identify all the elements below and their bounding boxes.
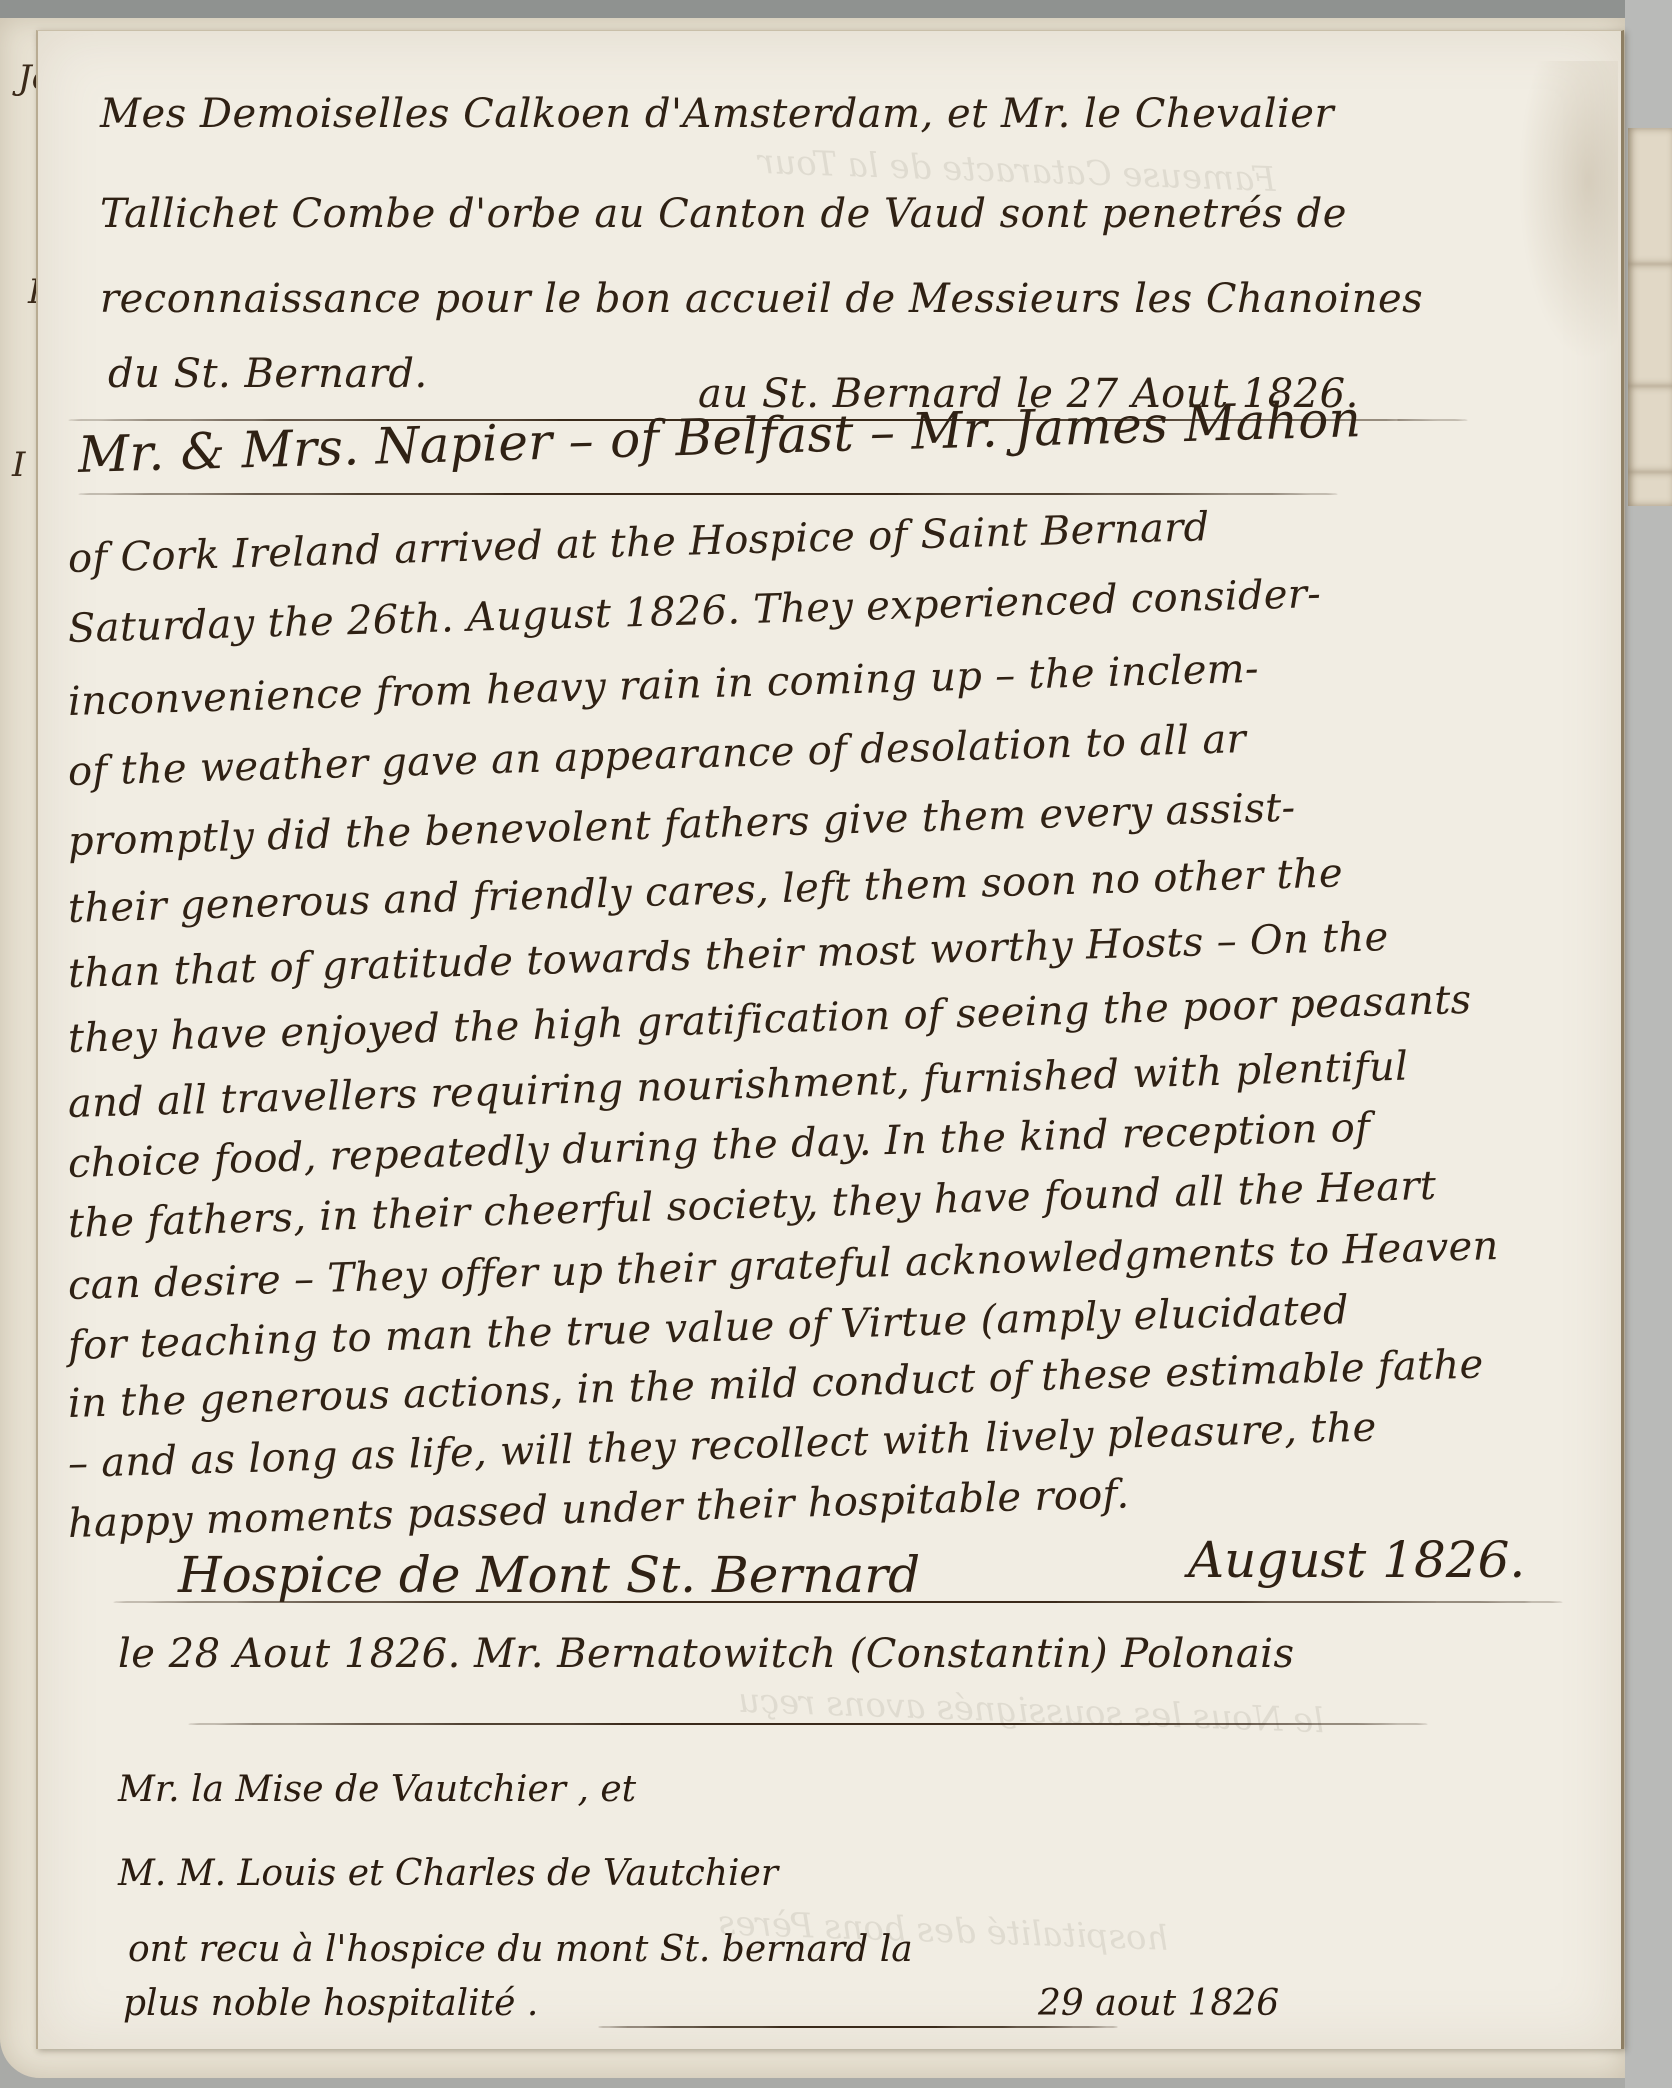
text-line: Tallichet Combe d'orbe au Canton de Vaud…: [100, 191, 1347, 237]
bleed-through-text: le Nous les soussignés avons reçu: [737, 1681, 1325, 1741]
text-line: du St. Bernard.: [108, 351, 428, 397]
text-line: Mr. la Mise de Vautchier , et: [118, 1769, 636, 1810]
scan-top-edge: [0, 0, 1625, 20]
scan-frame: Jo I I Fameuse Cataracte de la Tour le N…: [0, 0, 1672, 2088]
page-edge-tab: [1628, 386, 1672, 472]
text-line: Saturday the 26th. August 1826. They exp…: [67, 571, 1321, 652]
page-edge-tab: [1628, 264, 1672, 386]
divider-rule: [113, 1601, 1563, 1603]
text-line: plus noble hospitalité .: [123, 1983, 538, 2024]
signature-place: Hospice de Mont St. Bernard: [178, 1546, 920, 1604]
entry-bernatowitch: le 28 Aout 1826. Mr. Bernatowitch (Const…: [118, 1631, 1294, 1677]
underline-rule: [78, 493, 1338, 495]
text-line: happy moments passed under their hospita…: [67, 1471, 1130, 1547]
text-line: promptly did the benevolent fathers give…: [67, 785, 1296, 865]
text-line: of the weather gave an appearance of des…: [67, 716, 1246, 795]
text-line: of Cork Ireland arrived at the Hospice o…: [67, 504, 1210, 582]
entry-date: 29 aout 1826: [1038, 1983, 1279, 2024]
page-edge-tab: [1628, 128, 1672, 264]
text-line: inconvenience from heavy rain in coming …: [67, 646, 1259, 725]
text-line: reconnaissance pour le bon accueil de Me…: [100, 276, 1423, 322]
margin-note: I: [12, 445, 25, 485]
text-line: Mes Demoiselles Calkoen d'Amsterdam, et …: [100, 91, 1334, 137]
manuscript-page: Fameuse Cataracte de la Tour le Nous les…: [36, 30, 1624, 2049]
flourish-rule: [598, 2026, 1118, 2028]
text-line: M. M. Louis et Charles de Vautchier: [118, 1853, 778, 1894]
text-line: ont recu à l'hospice du mont St. bernard…: [128, 1929, 913, 1970]
signature-date: August 1826.: [1188, 1531, 1525, 1589]
divider-rule: [188, 1723, 1428, 1725]
page-edge-tab: [1628, 472, 1672, 506]
water-stain: [1518, 61, 1618, 361]
